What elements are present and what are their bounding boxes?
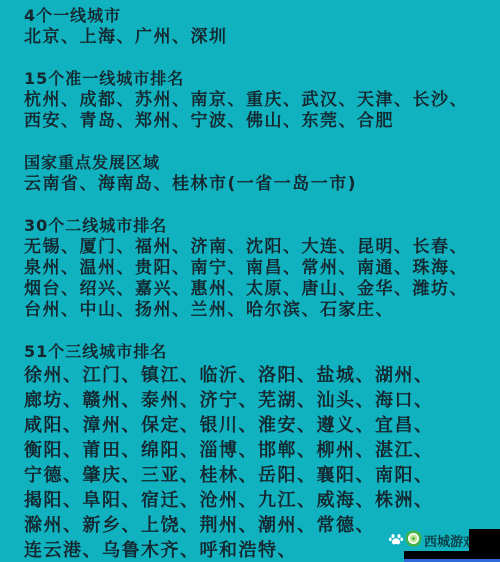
- city-list-line: 廊坊、赣州、泰州、济宁、芜湖、汕头、海口、: [24, 388, 490, 413]
- section-heading: 国家重点发展区域: [24, 153, 490, 173]
- city-list-line: 北京、上海、广州、深圳: [24, 27, 490, 48]
- section-heading: 30个二线城市排名: [24, 216, 490, 236]
- city-list: 杭州、成都、苏州、南京、重庆、武汉、天津、长沙、西安、青岛、郑州、宁波、佛山、东…: [24, 90, 490, 132]
- city-list-line: 揭阳、阜阳、宿迁、沧州、九江、威海、株洲、: [24, 488, 490, 513]
- city-tier-section: 30个二线城市排名 无锡、厦门、福州、济南、沈阳、大连、昆明、长春、泉州、温州、…: [24, 216, 490, 321]
- city-list-line: 西安、青岛、郑州、宁波、佛山、东莞、合肥: [24, 111, 490, 132]
- city-sections: 4个一线城市 北京、上海、广州、深圳 15个准一线城市排名 杭州、成都、苏州、南…: [0, 0, 500, 562]
- paw-icon: [388, 531, 404, 546]
- section-heading: 15个准一线城市排名: [24, 69, 490, 89]
- city-list: 云南省、海南岛、桂林市(一省一岛一市): [24, 174, 490, 195]
- chat-bubble-icon: [405, 530, 422, 547]
- city-tier-list-page: 4个一线城市 北京、上海、广州、深圳 15个准一线城市排名 杭州、成都、苏州、南…: [0, 0, 500, 562]
- city-list-line: 烟台、绍兴、嘉兴、惠州、太原、唐山、金华、潍坊、: [24, 279, 490, 300]
- city-list-line: 咸阳、漳州、保定、银川、淮安、遵义、宜昌、: [24, 413, 490, 438]
- city-list-line: 泉州、温州、贵阳、南宁、南昌、常州、南通、珠海、: [24, 258, 490, 279]
- city-list: 无锡、厦门、福州、济南、沈阳、大连、昆明、长春、泉州、温州、贵阳、南宁、南昌、常…: [24, 237, 490, 321]
- city-tier-section: 15个准一线城市排名 杭州、成都、苏州、南京、重庆、武汉、天津、长沙、西安、青岛…: [24, 69, 490, 132]
- city-list-line: 徐州、江门、镇江、临沂、洛阳、盐城、湖州、: [24, 363, 490, 388]
- city-tier-section: 国家重点发展区域 云南省、海南岛、桂林市(一省一岛一市): [24, 153, 490, 195]
- section-heading: 51个三线城市排名: [24, 342, 490, 362]
- city-list-line: 衡阳、莆田、绵阳、淄博、邯郸、柳州、湛江、: [24, 438, 490, 463]
- city-list-line: 云南省、海南岛、桂林市(一省一岛一市): [24, 174, 490, 195]
- city-list: 北京、上海、广州、深圳: [24, 27, 490, 48]
- city-tier-section: 4个一线城市 北京、上海、广州、深圳: [24, 6, 490, 48]
- redaction-bar: [404, 551, 500, 562]
- city-list-line: 宁德、肇庆、三亚、桂林、岳阳、襄阳、南阳、: [24, 463, 490, 488]
- watermark: 西城游戏网: [385, 528, 500, 562]
- city-list-line: 台州、中山、扬州、兰州、哈尔滨、石家庄、: [24, 300, 490, 321]
- city-list-line: 杭州、成都、苏州、南京、重庆、武汉、天津、长沙、: [24, 90, 490, 111]
- redaction-box: [469, 529, 500, 551]
- section-heading: 4个一线城市: [24, 6, 490, 26]
- city-list-line: 无锡、厦门、福州、济南、沈阳、大连、昆明、长春、: [24, 237, 490, 258]
